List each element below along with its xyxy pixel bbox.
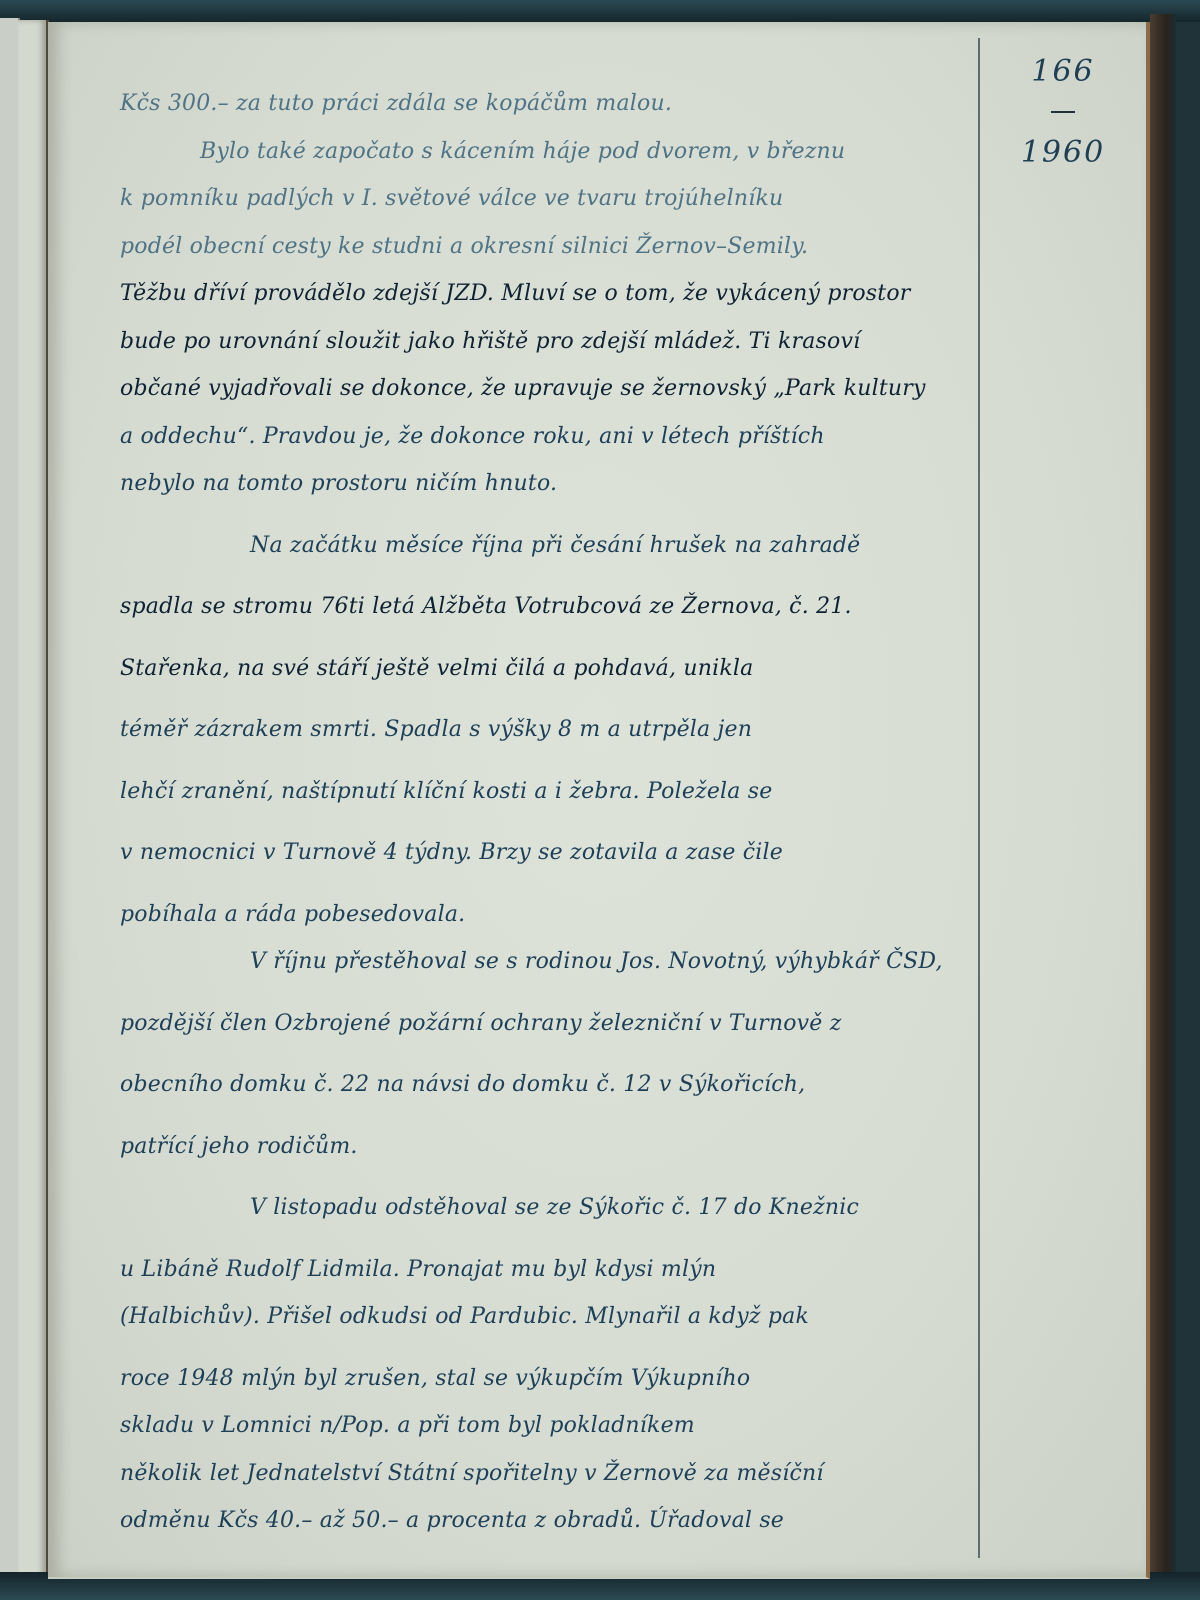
text-line: a oddechu“. Pravdou je, že dokonce roku,… <box>120 413 980 461</box>
text-line: Bylo také započato s kácením háje pod dv… <box>120 128 980 176</box>
text-line: pobíhala a ráda pobesedovala. <box>120 891 980 939</box>
text-line: několik let Jednatelství Státní spořitel… <box>120 1450 980 1498</box>
text-line: V listopadu odstěhoval se ze Sýkořic č. … <box>120 1184 980 1232</box>
left-page-edge <box>0 18 20 1580</box>
text-line: V říjnu přestěhoval se s rodinou Jos. No… <box>120 938 980 986</box>
text-line: nebylo na tomto prostoru ničím hnuto. <box>120 460 980 508</box>
text-line: obecního domku č. 22 na návsi do domku č… <box>120 1061 980 1109</box>
chronicle-year: 1960 <box>988 135 1138 170</box>
text-line: Na začátku měsíce října při česání hruše… <box>120 522 980 570</box>
text-line: (Halbichův). Přišel odkudsi od Pardubic.… <box>120 1293 980 1341</box>
text-line: téměř zázrakem smrti. Spadla s výšky 8 m… <box>120 706 980 754</box>
text-line: občané vyjadřovali se dokonce, že upravu… <box>120 365 980 413</box>
header-separator <box>1051 111 1075 113</box>
text-line: pozdější člen Ozbrojené požární ochrany … <box>120 1000 980 1048</box>
book-top-edge <box>0 0 1200 22</box>
text-line: roce 1948 mlýn byl zrušen, stal se výkup… <box>120 1355 980 1403</box>
text-line: odměnu Kčs 40.– až 50.– a procenta z obr… <box>120 1497 980 1545</box>
chronicle-page: 166 1960 Kčs 300.– za tuto práci zdála s… <box>48 22 1150 1579</box>
text-line: bude po urovnání sloužit jako hřiště pro… <box>120 318 980 366</box>
text-line: Těžbu dříví provádělo zdejší JZD. Mluví … <box>120 270 980 318</box>
text-line: lehčí zranění, naštípnutí klíční kosti a… <box>120 768 980 816</box>
text-line: u Libáně Rudolf Lidmila. Pronajat mu byl… <box>120 1246 980 1294</box>
text-line: Stařenka, na své stáří ještě velmi čilá … <box>120 645 980 693</box>
text-line: spadla se stromu 76ti letá Alžběta Votru… <box>120 583 980 631</box>
text-line: k pomníku padlých v I. světové válce ve … <box>120 175 980 223</box>
page-header: 166 1960 <box>988 42 1138 212</box>
book-cover-edge <box>1150 14 1176 1582</box>
page-number: 166 <box>988 54 1138 89</box>
text-line: Kčs 300.– za tuto práci zdála se kopáčům… <box>120 80 980 128</box>
binding-gutter <box>18 20 49 1578</box>
text-line: skladu v Lomnici n/Pop. a při tom byl po… <box>120 1402 980 1450</box>
text-line: v nemocnici v Turnově 4 týdny. Brzy se z… <box>120 829 980 877</box>
handwritten-text-body: Kčs 300.– za tuto práci zdála se kopáčům… <box>120 80 980 1545</box>
text-line: podél obecní cesty ke studni a okresní s… <box>120 223 980 271</box>
text-line: patřící jeho rodičům. <box>120 1123 980 1171</box>
